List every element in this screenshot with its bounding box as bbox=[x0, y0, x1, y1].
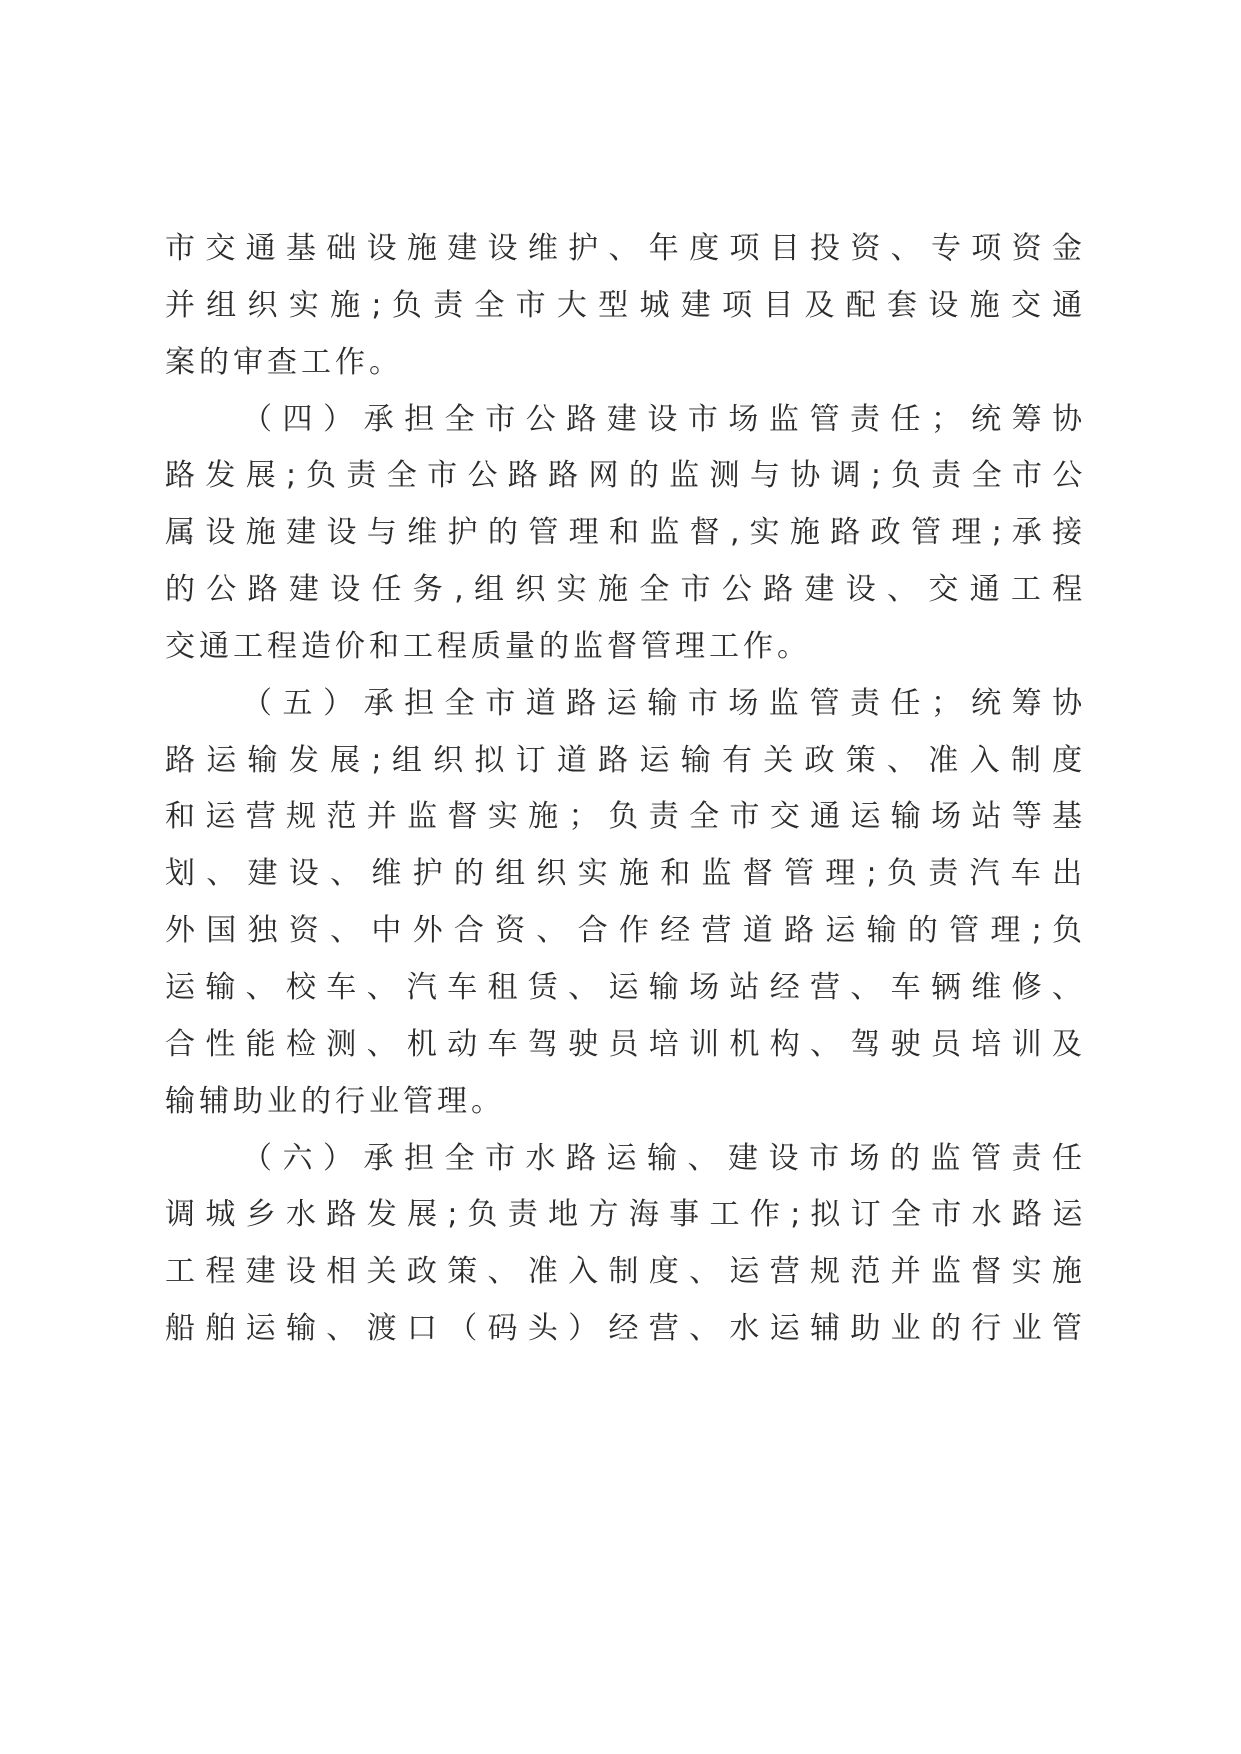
text-line: 案的审查工作。 bbox=[165, 335, 1082, 392]
paragraph-item-5: （ 五 ） 承 担 全 市 道 路 运 输 市 场 监 管 责 任 ； 统 筹 … bbox=[165, 676, 1082, 1131]
text-line: 外 国 独 资 、 中 外 合 资 、 合 作 经 营 道 路 运 输 的 管 … bbox=[165, 903, 1082, 960]
text-line: （ 五 ） 承 担 全 市 道 路 运 输 市 场 监 管 责 任 ； 统 筹 … bbox=[165, 676, 1082, 733]
paragraph-continued: 市 交 通 基 础 设 施 建 设 维 护 、 年 度 项 目 投 资 、 专 … bbox=[165, 221, 1082, 392]
text-line: 输辅助业的行业管理。 bbox=[165, 1074, 1082, 1131]
text-line: 划 、 建 设 、 维 护 的 组 织 实 施 和 监 督 管 理 ; 负 责 … bbox=[165, 846, 1082, 903]
text-line: （ 四 ） 承 担 全 市 公 路 建 设 市 场 监 管 责 任 ； 统 筹 … bbox=[165, 392, 1082, 449]
paragraph-item-6: （ 六 ） 承 担 全 市 水 路 运 输 、 建 设 市 场 的 监 管 责 … bbox=[165, 1131, 1082, 1358]
text-line: （ 六 ） 承 担 全 市 水 路 运 输 、 建 设 市 场 的 监 管 责 … bbox=[165, 1131, 1082, 1188]
text-line: 合 性 能 检 测 、 机 动 车 驾 驶 员 培 训 机 构 、 驾 驶 员 … bbox=[165, 1017, 1082, 1074]
text-line: 运 输 、 校 车 、 汽 车 租 赁 、 运 输 场 站 经 营 、 车 辆 … bbox=[165, 960, 1082, 1017]
text-line: 和 运 营 规 范 并 监 督 实 施 ； 负 责 全 市 交 通 运 输 场 … bbox=[165, 789, 1082, 846]
text-line: 并 组 织 实 施 ; 负 责 全 市 大 型 城 建 项 目 及 配 套 设 … bbox=[165, 278, 1082, 335]
text-line: 的 公 路 建 设 任 务 , 组 织 实 施 全 市 公 路 建 设 、 交 … bbox=[165, 562, 1082, 619]
text-line: 调 城 乡 水 路 发 展 ; 负 责 地 方 海 事 工 作 ; 拟 订 全 … bbox=[165, 1187, 1082, 1244]
paragraph-item-4: （ 四 ） 承 担 全 市 公 路 建 设 市 场 监 管 责 任 ； 统 筹 … bbox=[165, 392, 1082, 676]
text-line: 市 交 通 基 础 设 施 建 设 维 护 、 年 度 项 目 投 资 、 专 … bbox=[165, 221, 1082, 278]
document-page: 市 交 通 基 础 设 施 建 设 维 护 、 年 度 项 目 投 资 、 专 … bbox=[165, 221, 1082, 1358]
text-line: 属 设 施 建 设 与 维 护 的 管 理 和 监 督 , 实 施 路 政 管 … bbox=[165, 505, 1082, 562]
text-line: 路 运 输 发 展 ; 组 织 拟 订 道 路 运 输 有 关 政 策 、 准 … bbox=[165, 733, 1082, 790]
text-line: 交通工程造价和工程质量的监督管理工作。 bbox=[165, 619, 1082, 676]
text-line: 路 发 展 ; 负 责 全 市 公 路 路 网 的 监 测 与 协 调 ; 负 … bbox=[165, 448, 1082, 505]
text-line: 工 程 建 设 相 关 政 策 、 准 入 制 度 、 运 营 规 范 并 监 … bbox=[165, 1244, 1082, 1301]
text-line: 船 舶 运 输 、 渡 口 （ 码 头 ） 经 营 、 水 运 辅 助 业 的 … bbox=[165, 1301, 1082, 1358]
